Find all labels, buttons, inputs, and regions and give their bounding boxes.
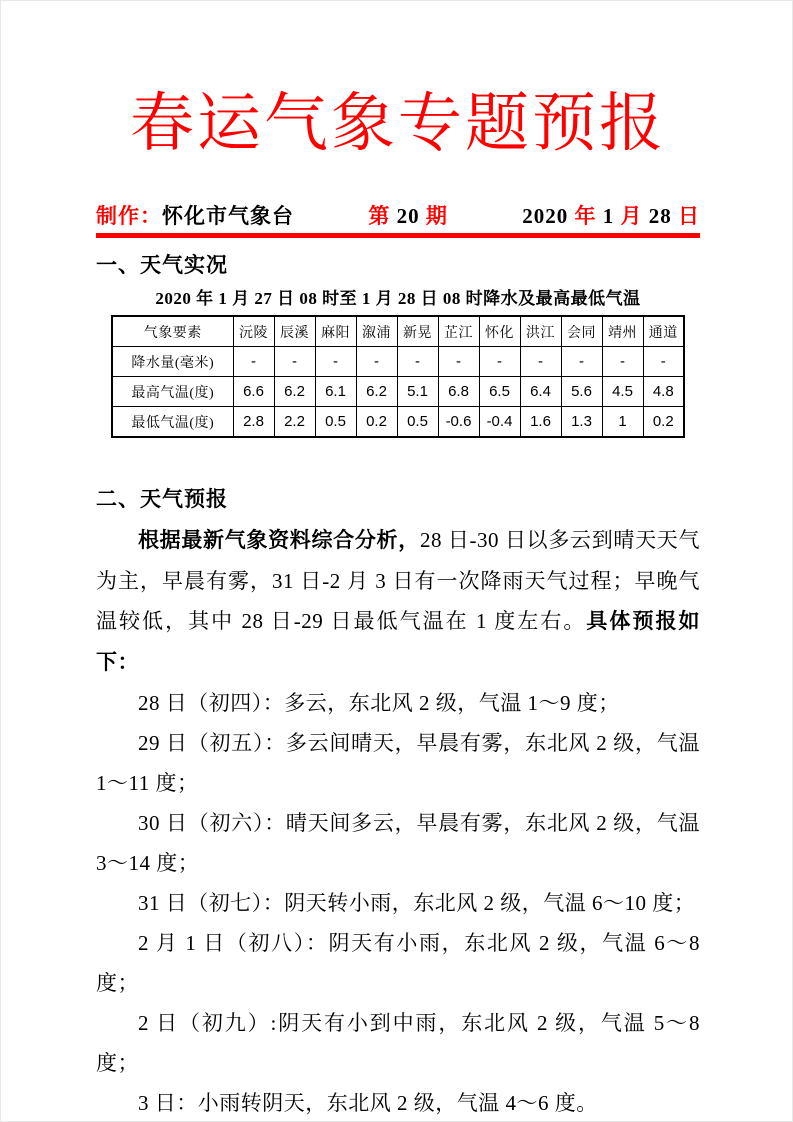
issue-date: 2020 年 1 月 28 日 [522,203,700,230]
date-year: 2020 [522,204,574,228]
table-row-max-temp: 最高气温(度) 6.6 6.2 6.1 6.2 5.1 6.8 6.5 6.4 … [112,377,684,407]
table-header-cell: 沅陵 [233,316,274,347]
weather-table: 气象要素 沅陵 辰溪 麻阳 溆浦 新晃 芷江 怀化 洪江 会同 靖州 通道 降水… [111,315,685,438]
table-cell: - [520,347,561,377]
issue-value: 20 [390,204,426,228]
date-year-unit: 年 [575,204,597,228]
table-cell: 6.2 [274,377,315,407]
producer-label: 制作： [96,204,162,228]
table-row-precipitation: 降水量(毫米) - - - - - - - - - - - [112,347,684,377]
table-cell: 5.1 [397,377,438,407]
table-cell: 6.5 [479,377,520,407]
red-divider [96,233,700,238]
weather-table-title: 2020 年 1 月 27 日 08 时至 1 月 28 日 08 时降水及最高… [96,287,700,310]
table-cell: -0.4 [479,407,520,438]
document-page: 春运气象专题预报 制作：怀化市气象台 第 20 期 2020 年 1 月 28 … [0,0,793,1122]
table-cell: - [233,347,274,377]
table-cell: 6.1 [315,377,356,407]
forecast-day-1: 28 日（初四）：多云，东北风 2 级，气温 1～9 度； [96,683,700,723]
forecast-day-4: 31 日（初七）：阴天转小雨，东北风 2 级，气温 6～10 度； [96,883,700,923]
table-cell: 0.5 [397,407,438,438]
table-cell: - [274,347,315,377]
table-cell: - [438,347,479,377]
table-header-cell: 麻阳 [315,316,356,347]
table-cell: 0.5 [315,407,356,438]
forecast-day-7: 3 日：小雨转阴天，东北风 2 级，气温 4～6 度。 [96,1083,700,1122]
table-cell: 4.5 [602,377,643,407]
table-cell: 4.8 [643,377,684,407]
section-heading-actual: 一、天气实况 [96,251,700,280]
table-cell: 5.6 [561,377,602,407]
table-header-cell: 洪江 [520,316,561,347]
table-cell: 0.2 [643,407,684,438]
table-cell: 1.3 [561,407,602,438]
table-row-min-temp: 最低气温(度) 2.8 2.2 0.5 0.2 0.5 -0.6 -0.4 1.… [112,407,684,438]
forecast-day-3: 30 日（初六）：晴天间多云，早晨有雾，东北风 2 级，气温 3～14 度； [96,803,700,883]
table-header-cell: 新晃 [397,316,438,347]
table-header-cell: 芷江 [438,316,479,347]
table-cell: - [602,347,643,377]
table-cell: 6.4 [520,377,561,407]
table-cell: - [397,347,438,377]
table-cell: - [315,347,356,377]
table-cell: - [356,347,397,377]
table-header-cell: 怀化 [479,316,520,347]
row-label: 最低气温(度) [112,407,233,438]
row-label: 最高气温(度) [112,377,233,407]
table-header-cell: 溆浦 [356,316,397,347]
table-header-cell: 辰溪 [274,316,315,347]
date-month-unit: 月 [621,204,643,228]
table-cell: - [479,347,520,377]
forecast-body: 根据最新气象资料综合分析，28 日-30 日以多云到晴天天气为主，早晨有雾，31… [96,520,700,1122]
forecast-day-2: 29 日（初五）：多云间晴天，早晨有雾，东北风 2 级，气温 1～11 度； [96,723,700,803]
table-cell: -0.6 [438,407,479,438]
table-header-row: 气象要素 沅陵 辰溪 麻阳 溆浦 新晃 芷江 怀化 洪江 会同 靖州 通道 [112,316,684,347]
row-label: 降水量(毫米) [112,347,233,377]
forecast-intro-lead: 根据最新气象资料综合分析， [138,529,420,552]
table-header-cell: 气象要素 [112,316,233,347]
table-header-cell: 通道 [643,316,684,347]
forecast-day-5: 2 月 1 日（初八）：阴天有小雨，东北风 2 级，气温 6～8 度； [96,923,700,1003]
section-heading-forecast: 二、天气预报 [96,485,700,514]
forecast-day-6: 2 日（初九）:阴天有小到中雨，东北风 2 级，气温 5～8 度； [96,1003,700,1083]
issue-prefix: 第 [368,204,390,228]
doc-title: 春运气象专题预报 [96,1,700,167]
table-cell: 1 [602,407,643,438]
issue-number: 第 20 期 [368,203,448,230]
table-cell: 6.2 [356,377,397,407]
issue-suffix: 期 [426,204,448,228]
producer-value: 怀化市气象台 [162,204,294,228]
table-header-cell: 靖州 [602,316,643,347]
table-cell: - [561,347,602,377]
table-cell: - [643,347,684,377]
table-cell: 2.8 [233,407,274,438]
date-month: 1 [597,204,621,228]
table-cell: 6.6 [233,377,274,407]
meta-row: 制作：怀化市气象台 第 20 期 2020 年 1 月 28 日 [96,203,700,230]
table-cell: 2.2 [274,407,315,438]
table-cell: 0.2 [356,407,397,438]
table-cell: 6.8 [438,377,479,407]
date-day-unit: 日 [678,204,700,228]
date-day: 28 [643,204,679,228]
producer: 制作：怀化市气象台 [96,203,294,230]
forecast-intro-paragraph: 根据最新气象资料综合分析，28 日-30 日以多云到晴天天气为主，早晨有雾，31… [96,520,700,683]
table-header-cell: 会同 [561,316,602,347]
table-cell: 1.6 [520,407,561,438]
